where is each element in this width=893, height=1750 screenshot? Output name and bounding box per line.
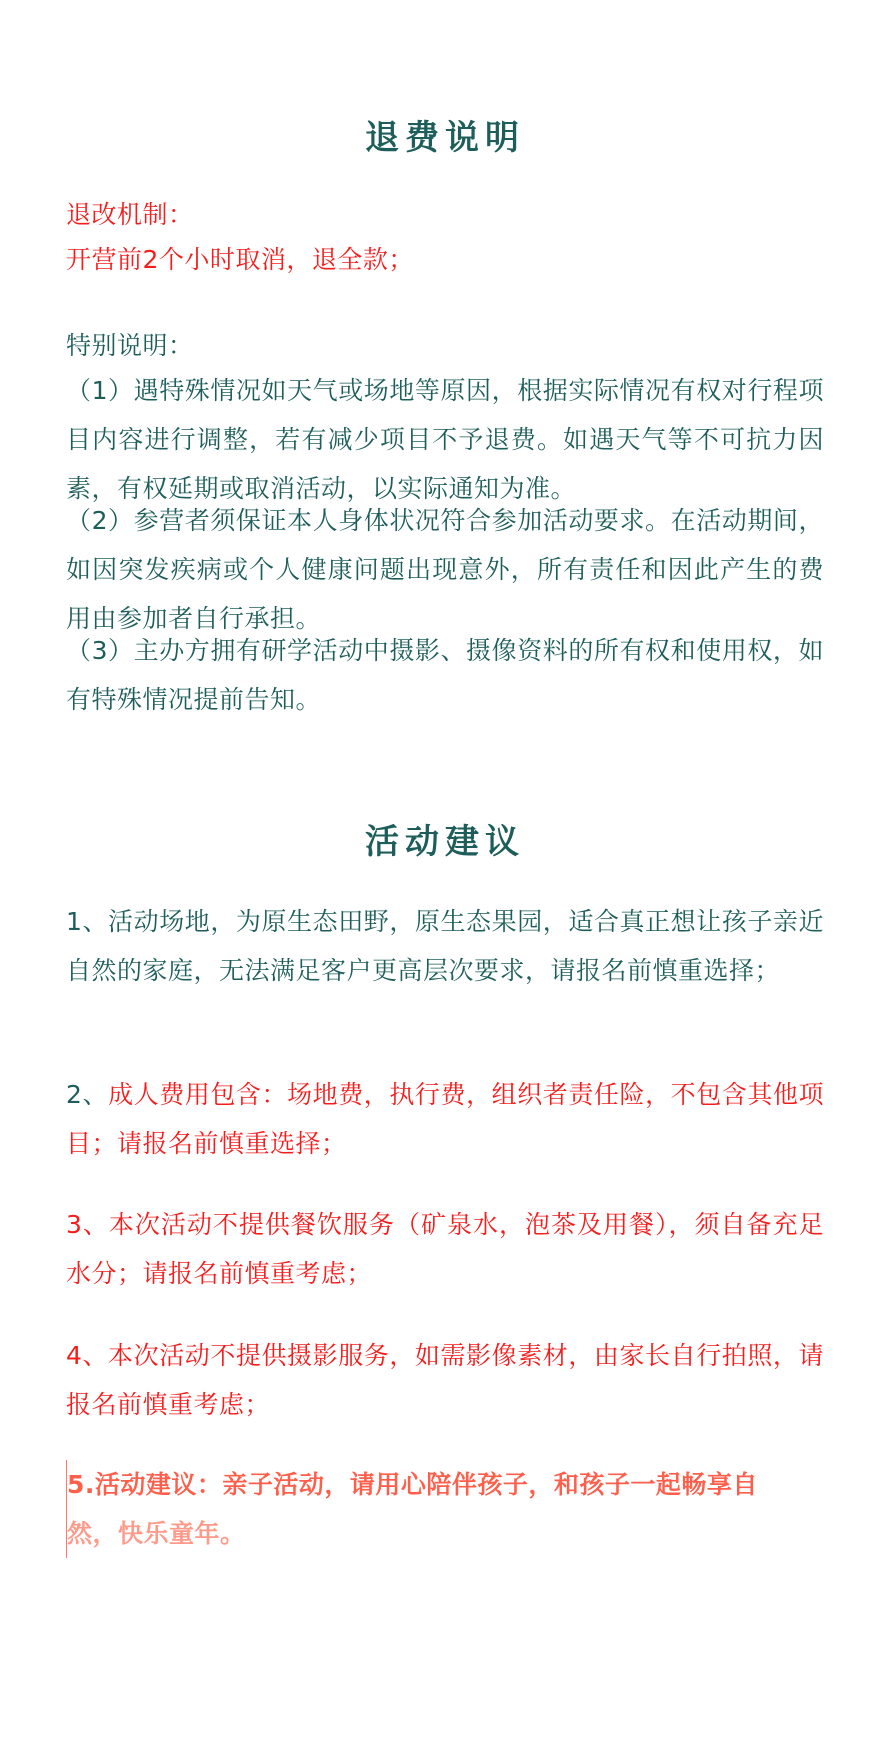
suggestion-item-2-number: 2、 <box>66 1080 108 1109</box>
suggestion-item-3: 3、本次活动不提供餐饮服务（矿泉水，泡茶及用餐），须自备充足水分；请报名前慎重考… <box>66 1200 824 1298</box>
suggestion-item-2: 2、成人费用包含：场地费，执行费，组织者责任险，不包含其他项目；请报名前慎重选择… <box>66 1070 824 1168</box>
suggestion-item-5-line-2: 然，快乐童年。 <box>67 1509 825 1558</box>
special-note-item-1: （1）遇特殊情况如天气或场地等原因，根据实际情况有权对行程项目内容进行调整，若有… <box>66 366 824 513</box>
refund-mechanism-label: 退改机制： <box>66 190 824 239</box>
suggestion-item-5-highlight: 5.活动建议：亲子活动，请用心陪伴孩子，和孩子一起畅享自 然，快乐童年。 <box>66 1460 825 1558</box>
refund-section-title: 退费说明 <box>66 118 824 158</box>
special-notes-label: 特别说明： <box>66 321 824 370</box>
suggestion-item-5-line-1: 5.活动建议：亲子活动，请用心陪伴孩子，和孩子一起畅享自 <box>67 1460 825 1509</box>
suggestion-item-4: 4、本次活动不提供摄影服务，如需影像素材，由家长自行拍照，请报名前慎重考虑； <box>66 1331 824 1429</box>
suggestions-section-title: 活动建议 <box>66 822 824 862</box>
refund-mechanism-text: 开营前2个小时取消，退全款； <box>66 235 824 284</box>
suggestion-item-2-text: 成人费用包含：场地费，执行费，组织者责任险，不包含其他项目；请报名前慎重选择； <box>66 1080 824 1158</box>
suggestion-item-1: 1、活动场地，为原生态田野，原生态果园，适合真正想让孩子亲近自然的家庭，无法满足… <box>66 897 824 995</box>
special-note-item-2: （2）参营者须保证本人身体状况符合参加活动要求。在活动期间，如因突发疾病或个人健… <box>66 496 824 643</box>
special-note-item-3: （3）主办方拥有研学活动中摄影、摄像资料的所有权和使用权，如有特殊情况提前告知。 <box>66 626 824 724</box>
